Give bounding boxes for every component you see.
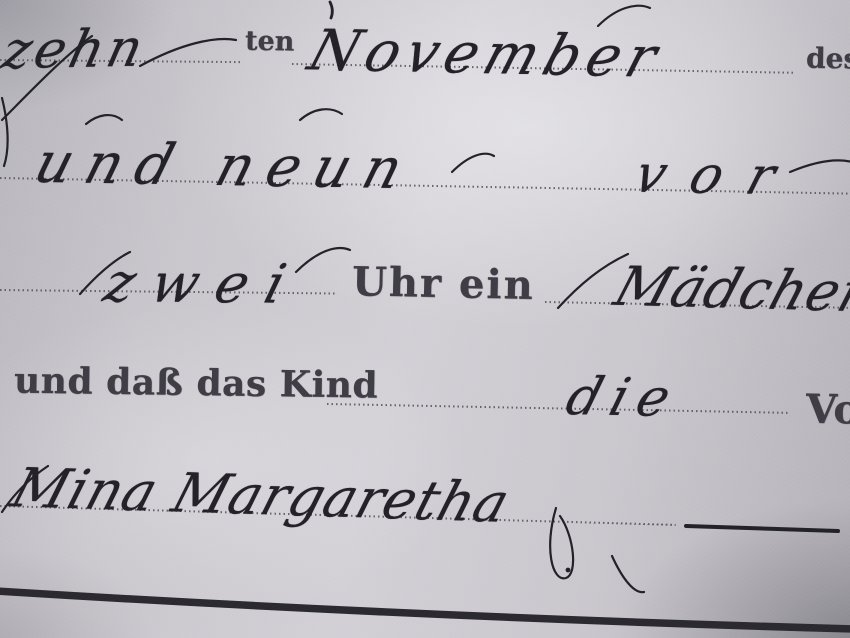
handwriting-vormittags: vor	[627, 145, 808, 208]
handwriting-day-zehn: zehn	[0, 19, 152, 81]
printed-des: des	[806, 42, 850, 76]
filler-line	[686, 526, 838, 531]
handwriting-maedchen: Mädchen	[607, 255, 850, 325]
document-photo: ten des Uhr ein und daß das Kind Vo zehn…	[0, 0, 850, 638]
stroke-left-edge	[2, 98, 8, 166]
descender-loop	[550, 508, 573, 578]
stroke-top-mark	[330, 2, 332, 18]
printed-und-dass-das-kind: und daß das Kind	[14, 359, 379, 406]
flourish-november-top	[598, 6, 650, 26]
ink-dot	[566, 568, 571, 573]
descender-tail	[612, 556, 644, 592]
handwriting-die: die	[560, 367, 687, 429]
flourish-neun-tail	[452, 154, 494, 172]
printed-ten-suffix: ten	[245, 26, 295, 58]
handwriting-year-und-neun: und neun	[28, 131, 424, 203]
bottom-rule	[0, 591, 850, 629]
breve-neun	[300, 109, 342, 120]
handwriting-month-november: November	[301, 18, 671, 90]
handwriting-child-name: Mina Margaretha	[5, 456, 518, 535]
handwriting-hour-zwei: zwei	[98, 251, 311, 316]
printed-uhr-ein: Uhr ein	[352, 258, 536, 309]
dotted-line-4	[327, 403, 789, 414]
printed-vornamen-clipped: Vo	[806, 386, 850, 434]
breve-und	[86, 115, 122, 124]
